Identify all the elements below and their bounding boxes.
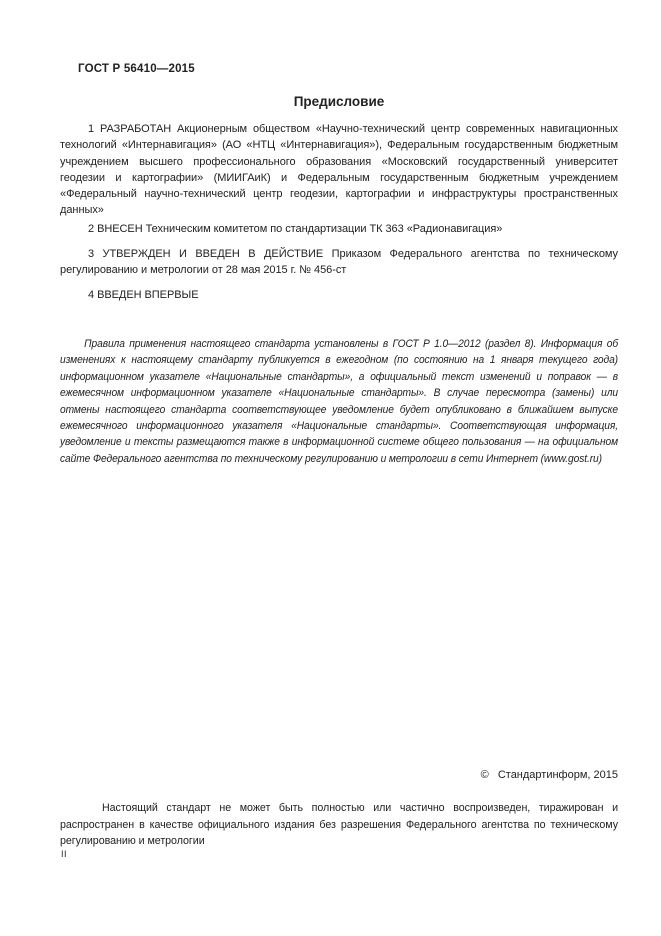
clause-approved: 3 УТВЕРЖДЕН И ВВЕДЕН В ДЕЙСТВИЕ Приказом… [60,246,618,279]
clause-first-edition: 4 ВВЕДЕН ВПЕРВЫЕ [60,287,618,303]
foreword-title: Предисловие [60,94,618,109]
document-page: ГОСТ Р 56410—2015 Предисловие 1 РАЗРАБОТ… [0,0,661,936]
clause-developed: 1 РАЗРАБОТАН Акционерным обществом «Науч… [60,121,618,219]
doc-number-header: ГОСТ Р 56410—2015 [78,63,195,75]
clause-submitted: 2 ВНЕСЕН Техническим комитетом по станда… [60,221,618,237]
standard-application-note: Правила применения настоящего стандарта … [60,336,618,467]
copyright-notice: © Стандартинформ, 2015 [60,769,618,781]
page-number: II [61,849,67,859]
reproduction-restriction-note: Настоящий стандарт не может быть полност… [60,800,618,850]
